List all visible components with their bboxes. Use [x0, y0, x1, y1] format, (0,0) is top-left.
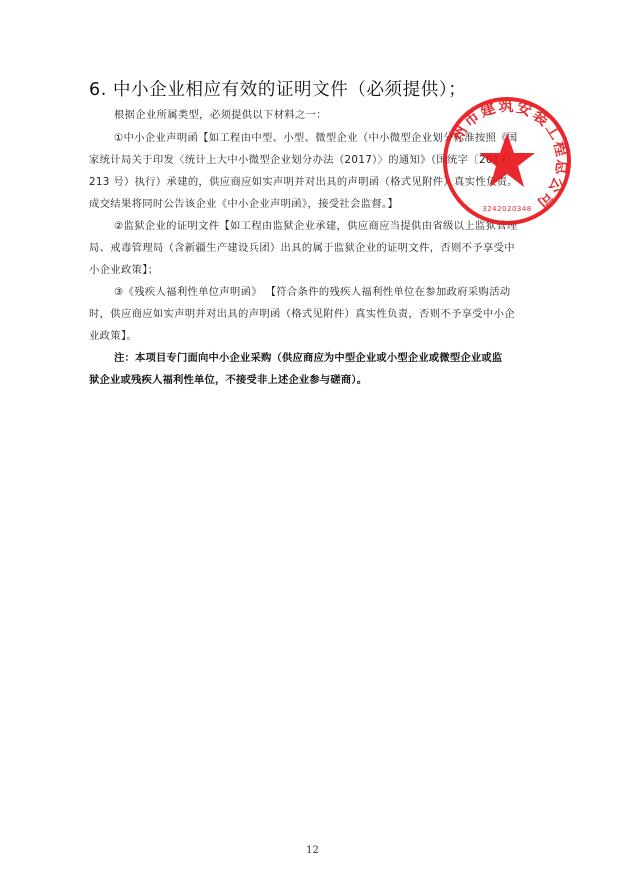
note-line1: 注：本项目专门面向中小企业采购（供应商应为中型企业或小型企业或微型企业或监 — [114, 349, 502, 364]
item2-line2: 局、戒毒管理局（含新疆生产建设兵团）出具的属于监狱企业的证明文件，否则不予享受中 — [89, 239, 515, 254]
section-heading: 6. 中小企业相应有效的证明文件（必须提供）； — [89, 76, 466, 101]
company-seal-stamp: 州市建筑安装工程总公司 3242020348 — [441, 95, 573, 227]
item3-line2: 时，供应商应如实声明并对出具的声明函（格式见附件）真实性负责，否则不予享受中小企 — [89, 305, 515, 320]
note-line2: 狱企业或残疾人福利性单位，不接受非上述企业参与磋商）。 — [89, 371, 367, 386]
star-icon — [479, 133, 535, 187]
intro-text: 根据企业所属类型，必须提供以下材料之一： — [114, 106, 327, 121]
page-number: 12 — [0, 845, 625, 856]
item3-line1: ③《残疾人福利性单位声明函》 【符合条件的残疾人福利性单位在参加政府采购活动 — [114, 283, 511, 298]
item2-line3: 小企业政策】； — [89, 261, 158, 276]
document-page: 6. 中小企业相应有效的证明文件（必须提供）； 根据企业所属类型，必须提供以下材… — [0, 0, 625, 883]
item1-line4: 成交结果将同时公告该企业《中小企业声明函》，接受社会监督。】 — [89, 195, 398, 210]
item3-line3: 业政策】。 — [89, 327, 137, 342]
seal-serial-text: 3242020348 — [482, 205, 532, 213]
